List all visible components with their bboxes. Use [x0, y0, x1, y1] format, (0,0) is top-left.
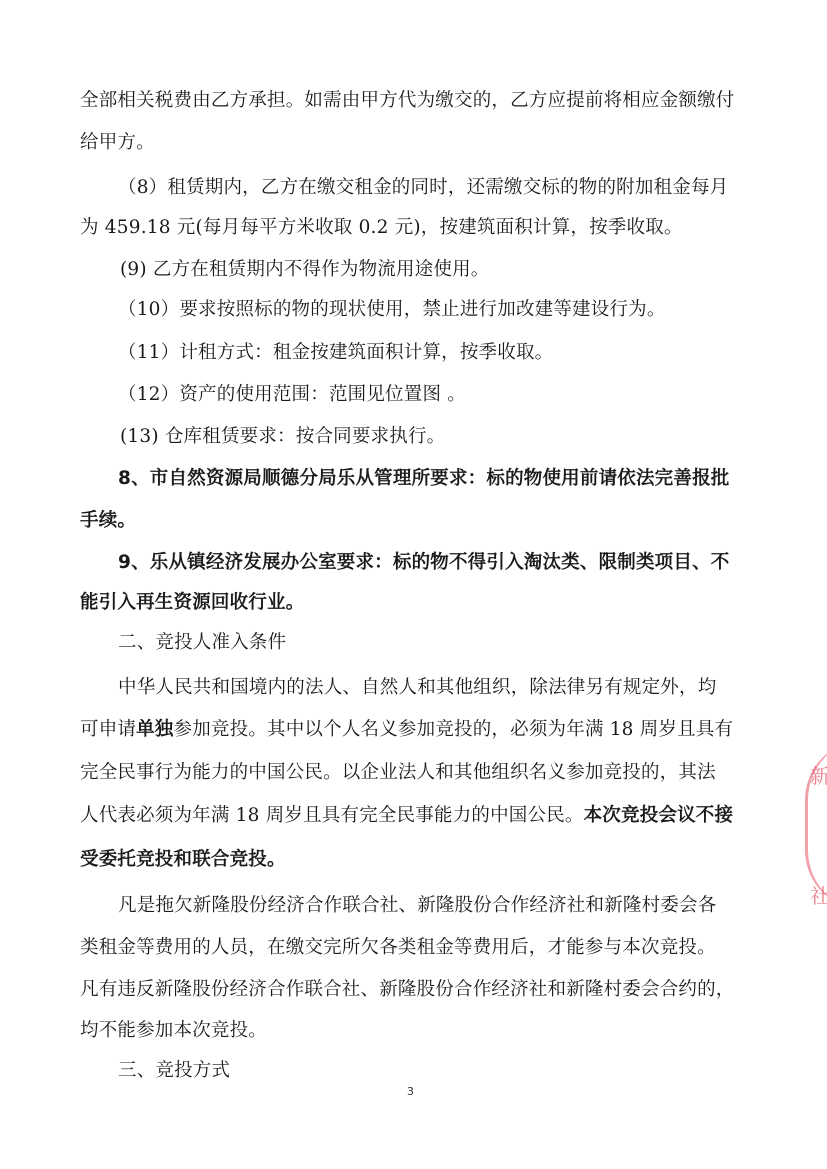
paragraph-line-mixed: 人代表必须为年满 18 周岁且具有完全民事能力的中国公民。本次竞投会议不接: [80, 803, 733, 829]
paragraph-line: 类租金等费用的人员，在缴交完所欠各类租金等费用后，才能参与本次竞投。: [80, 935, 716, 961]
clause-13-line: (13) 仓库租赁要求：按合同要求执行。: [120, 424, 445, 450]
paragraph-line: 中华人民共和国境内的法人、自然人和其他组织，除法律另有规定外，均: [118, 675, 716, 701]
section-heading-3: 三、竞投方式: [118, 1058, 230, 1084]
clause-11-line: （11）计租方式：租金按建筑面积计算，按季收取。: [118, 340, 553, 366]
paragraph-line-bold: 受委托竞投和联合竞投。: [80, 847, 286, 873]
paragraph-line-mixed: 可申请单独参加竞投。其中以个人名义参加竞投的，必须为年满 18 周岁且具有: [80, 717, 733, 743]
text-bold: 本次竞投会议不接: [584, 805, 734, 826]
clause-9-line: (9) 乙方在租赁期内不得作为物流用途使用。: [120, 257, 490, 283]
section-heading-2: 二、竞投人准入条件: [118, 630, 286, 656]
paragraph-line: 凡有违反新隆股份经济合作联合社、新隆股份合作经济社和新隆村委会合约的，: [80, 977, 735, 1003]
text-normal: 人代表必须为年满 18 周岁且具有完全民事能力的中国公民。: [80, 805, 584, 826]
paragraph-line: 全部相关税费由乙方承担。如需由甲方代为缴交的，乙方应提前将相应金额缴付: [80, 88, 735, 114]
document-page: 全部相关税费由乙方承担。如需由甲方代为缴交的，乙方应提前将相应金额缴付 给甲方。…: [0, 0, 827, 1169]
clause-10-line: （10）要求按照标的物的现状使用，禁止进行加改建等建设行为。: [118, 297, 666, 323]
stamp-char: 新: [810, 760, 827, 789]
paragraph-line: 给甲方。: [80, 130, 155, 156]
page-number: 3: [407, 1085, 414, 1098]
text-bold: 单独: [136, 719, 173, 740]
text-normal: 可申请: [80, 719, 136, 740]
paragraph-line: 凡是拖欠新隆股份经济合作联合社、新隆股份合作经济社和新隆村委会各: [118, 893, 716, 919]
clause-8-line: （8）租赁期内，乙方在缴交租金的同时，还需缴交标的物的附加租金每月: [118, 175, 728, 201]
paragraph-line: 完全民事行为能力的中国公民。以企业法人和其他组织名义参加竞投的，其法: [80, 760, 716, 786]
paragraph-line: 为 459.18 元(每月每平方米收取 0.2 元)，按建筑面积计算，按季收取。: [80, 215, 683, 241]
item-9-requirement-cont: 能引入再生资源回收行业。: [80, 590, 304, 616]
item-8-requirement: 8、市自然资源局顺德分局乐从管理所要求：标的物使用前请依法完善报批: [118, 466, 729, 492]
item-8-requirement-cont: 手续。: [80, 508, 136, 534]
stamp-char: 社: [810, 880, 827, 909]
item-9-requirement: 9、乐从镇经济发展办公室要求：标的物不得引入淘汰类、限制类项目、不: [118, 550, 729, 576]
paragraph-line: 均不能参加本次竞投。: [80, 1018, 267, 1044]
clause-12-line: （12）资产的使用范围：范围见位置图 。: [118, 382, 466, 408]
text-normal: 参加竞投。其中以个人名义参加竞投的，必须为年满 18 周岁且具有: [174, 719, 734, 740]
